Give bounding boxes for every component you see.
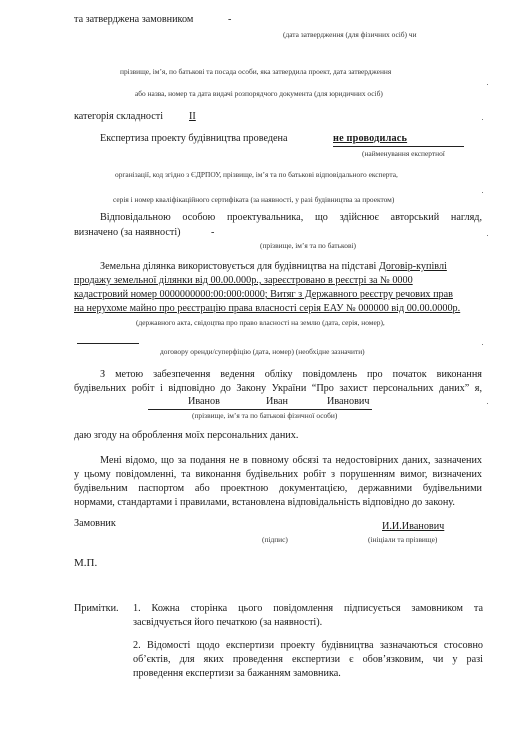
note-1-line-1: 1. Кожна сторінка цього повідомлення під… xyxy=(133,603,483,614)
customer-label: Замовник xyxy=(74,518,116,529)
approved-by-hint-1: (дата затвердження (для фізичних осіб) ч… xyxy=(283,30,417,39)
consent-name: Иван xyxy=(266,396,288,407)
consent-line-3: даю згоду на оброблення моїх персональни… xyxy=(74,430,298,441)
signature-hint: (підпис) xyxy=(262,535,288,544)
margin-dot xyxy=(482,344,483,345)
land-paragraph-line-4: на нерухоме майно про реєстрацію права в… xyxy=(74,303,460,314)
complexity-label: категорія складності xyxy=(74,111,163,122)
margin-dot xyxy=(487,84,488,85)
expertise-hint-2: організації, код згідно з ЄДРПОУ, прізви… xyxy=(115,170,398,179)
approved-by-hint-2: прізвище, ім’я, по батькові та посада ос… xyxy=(120,67,391,76)
supervision-hint: (прізвище, ім’я та по батькові) xyxy=(260,241,356,250)
note-2-line-1: 2. Відомості щодо експертизи проекту буд… xyxy=(133,640,483,651)
expertise-hint-3: серія і номер кваліфікаційного сертифіка… xyxy=(113,195,394,204)
expertise-value-underline xyxy=(333,146,464,147)
land-basis-start: Договір-купівлі xyxy=(379,261,447,272)
land-paragraph-line-2: продажу земельної ділянки від 00.00.000р… xyxy=(74,275,413,286)
note-2-line-3: проведення експертизи за бажанням замовн… xyxy=(133,668,341,679)
consent-line-1: З метою забезпечення ведення обліку пові… xyxy=(74,369,482,380)
margin-dot xyxy=(482,192,483,193)
land-blank-line xyxy=(77,343,139,344)
stamp-label: М.П. xyxy=(74,557,97,569)
supervision-line-2-label: визначено (за наявності) xyxy=(74,227,181,238)
expertise-hint-1: (найменування експертної xyxy=(362,149,445,158)
approved-by-label: та затверджена замовником xyxy=(74,14,193,25)
liability-line-3: будівельним паспортом або проектною доку… xyxy=(74,483,482,494)
expertise-value: не проводилась xyxy=(333,133,407,144)
complexity-value: II xyxy=(189,111,196,122)
land-paragraph-line-3: кадастровий номер 0000000000:00:000:0000… xyxy=(74,289,453,300)
note-2-line-2: об’єктів, для яких проведення експертизи… xyxy=(133,654,483,665)
liability-line-2: у цьому повідомленні, та виконання будів… xyxy=(74,469,482,480)
margin-dot xyxy=(487,235,488,236)
notes-label: Примітки. xyxy=(74,603,119,614)
supervision-value: - xyxy=(211,227,214,238)
liability-line-4: нормами, стандартами і правилами, встано… xyxy=(74,497,455,508)
margin-dot xyxy=(487,403,488,404)
margin-dot xyxy=(482,119,483,120)
land-hint-1: (державного акта, свідоцтва про право вл… xyxy=(136,318,385,327)
land-intro: Земельна ділянка використовується для бу… xyxy=(100,261,379,272)
liability-line-1: Мені відомо, що за подання не в повному … xyxy=(74,455,482,466)
note-1-line-2: засвідчується його печаткою (за наявност… xyxy=(133,617,322,628)
consent-line-2: будівельних робіт і відповідно до Закону… xyxy=(74,383,482,394)
consent-patronymic: Иванович xyxy=(327,396,370,407)
initials-hint: (ініціали та прізвище) xyxy=(368,535,437,544)
supervision-line-1: Відповідальною особою проектувальника, щ… xyxy=(74,212,482,223)
approved-by-hint-3: або назва, номер та дата видачі розпоряд… xyxy=(135,89,383,98)
consent-hint: (прізвище, ім’я та по батькові фізичної … xyxy=(192,411,337,420)
land-hint-2: договору оренди/суперфіцію (дата, номер)… xyxy=(160,347,365,356)
land-paragraph-line-1: Земельна ділянка використовується для бу… xyxy=(100,261,447,272)
consent-surname: Иванов xyxy=(188,396,220,407)
initials-value: И.И.Иванович xyxy=(382,521,444,532)
approved-by-value: - xyxy=(228,14,231,25)
consent-name-underline xyxy=(148,409,372,410)
expertise-label: Експертиза проекту будівництва проведена xyxy=(100,133,288,144)
